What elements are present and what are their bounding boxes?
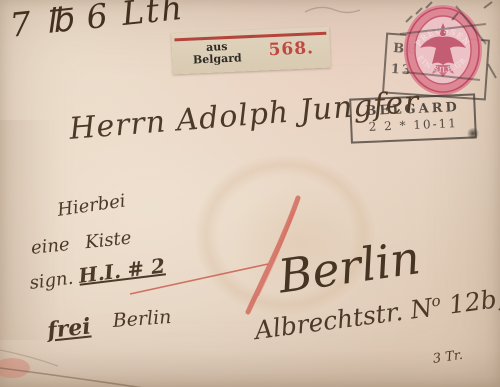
sender-note-sign-word: sign. — [28, 267, 80, 294]
red-smudge-corner — [0, 358, 30, 378]
parcel-label-origin: aus Belgard — [186, 40, 249, 67]
floor-note: 3 Tr. — [432, 348, 464, 367]
crease-bottom-left — [0, 368, 150, 387]
street-name: Albrechtstr. N — [253, 293, 434, 345]
frei-city-note: Berlin — [112, 306, 172, 332]
parcel-label-number: 568. — [268, 38, 314, 60]
parcel-label-origin-town: Belgard — [186, 52, 248, 67]
frei-note: frei — [46, 313, 92, 343]
paper-shadow-left-edge — [0, 120, 60, 340]
parcel-label: aus Belgard 568. — [171, 27, 331, 75]
pencil-smudge-top — [305, 7, 360, 12]
crease-bottom-left-2 — [0, 350, 58, 366]
sender-note-line2: eine Kiste — [30, 227, 132, 258]
envelope-photo: 7 ℔ 6 Lth aus Belgard 568. BE 13 — [0, 0, 500, 387]
street-number: 12b, — [439, 283, 500, 320]
destination-city: Berlin — [275, 230, 423, 303]
sender-note-line3: sign. H.I. # 2 — [28, 253, 166, 293]
postage-stamp-graphic: PREUSSEN EIN SILB.GR. — [398, 2, 488, 97]
weight-note: 7 ℔ 6 Lth — [8, 0, 186, 45]
postage-stamp: PREUSSEN EIN SILB.GR. — [398, 2, 488, 97]
paper-shadow-bottom-edge — [0, 350, 500, 387]
sender-note-line1: Hierbei — [56, 190, 127, 220]
ink-blot — [465, 127, 481, 140]
sender-note-crate-mark: H.I. # 2 — [77, 253, 166, 287]
